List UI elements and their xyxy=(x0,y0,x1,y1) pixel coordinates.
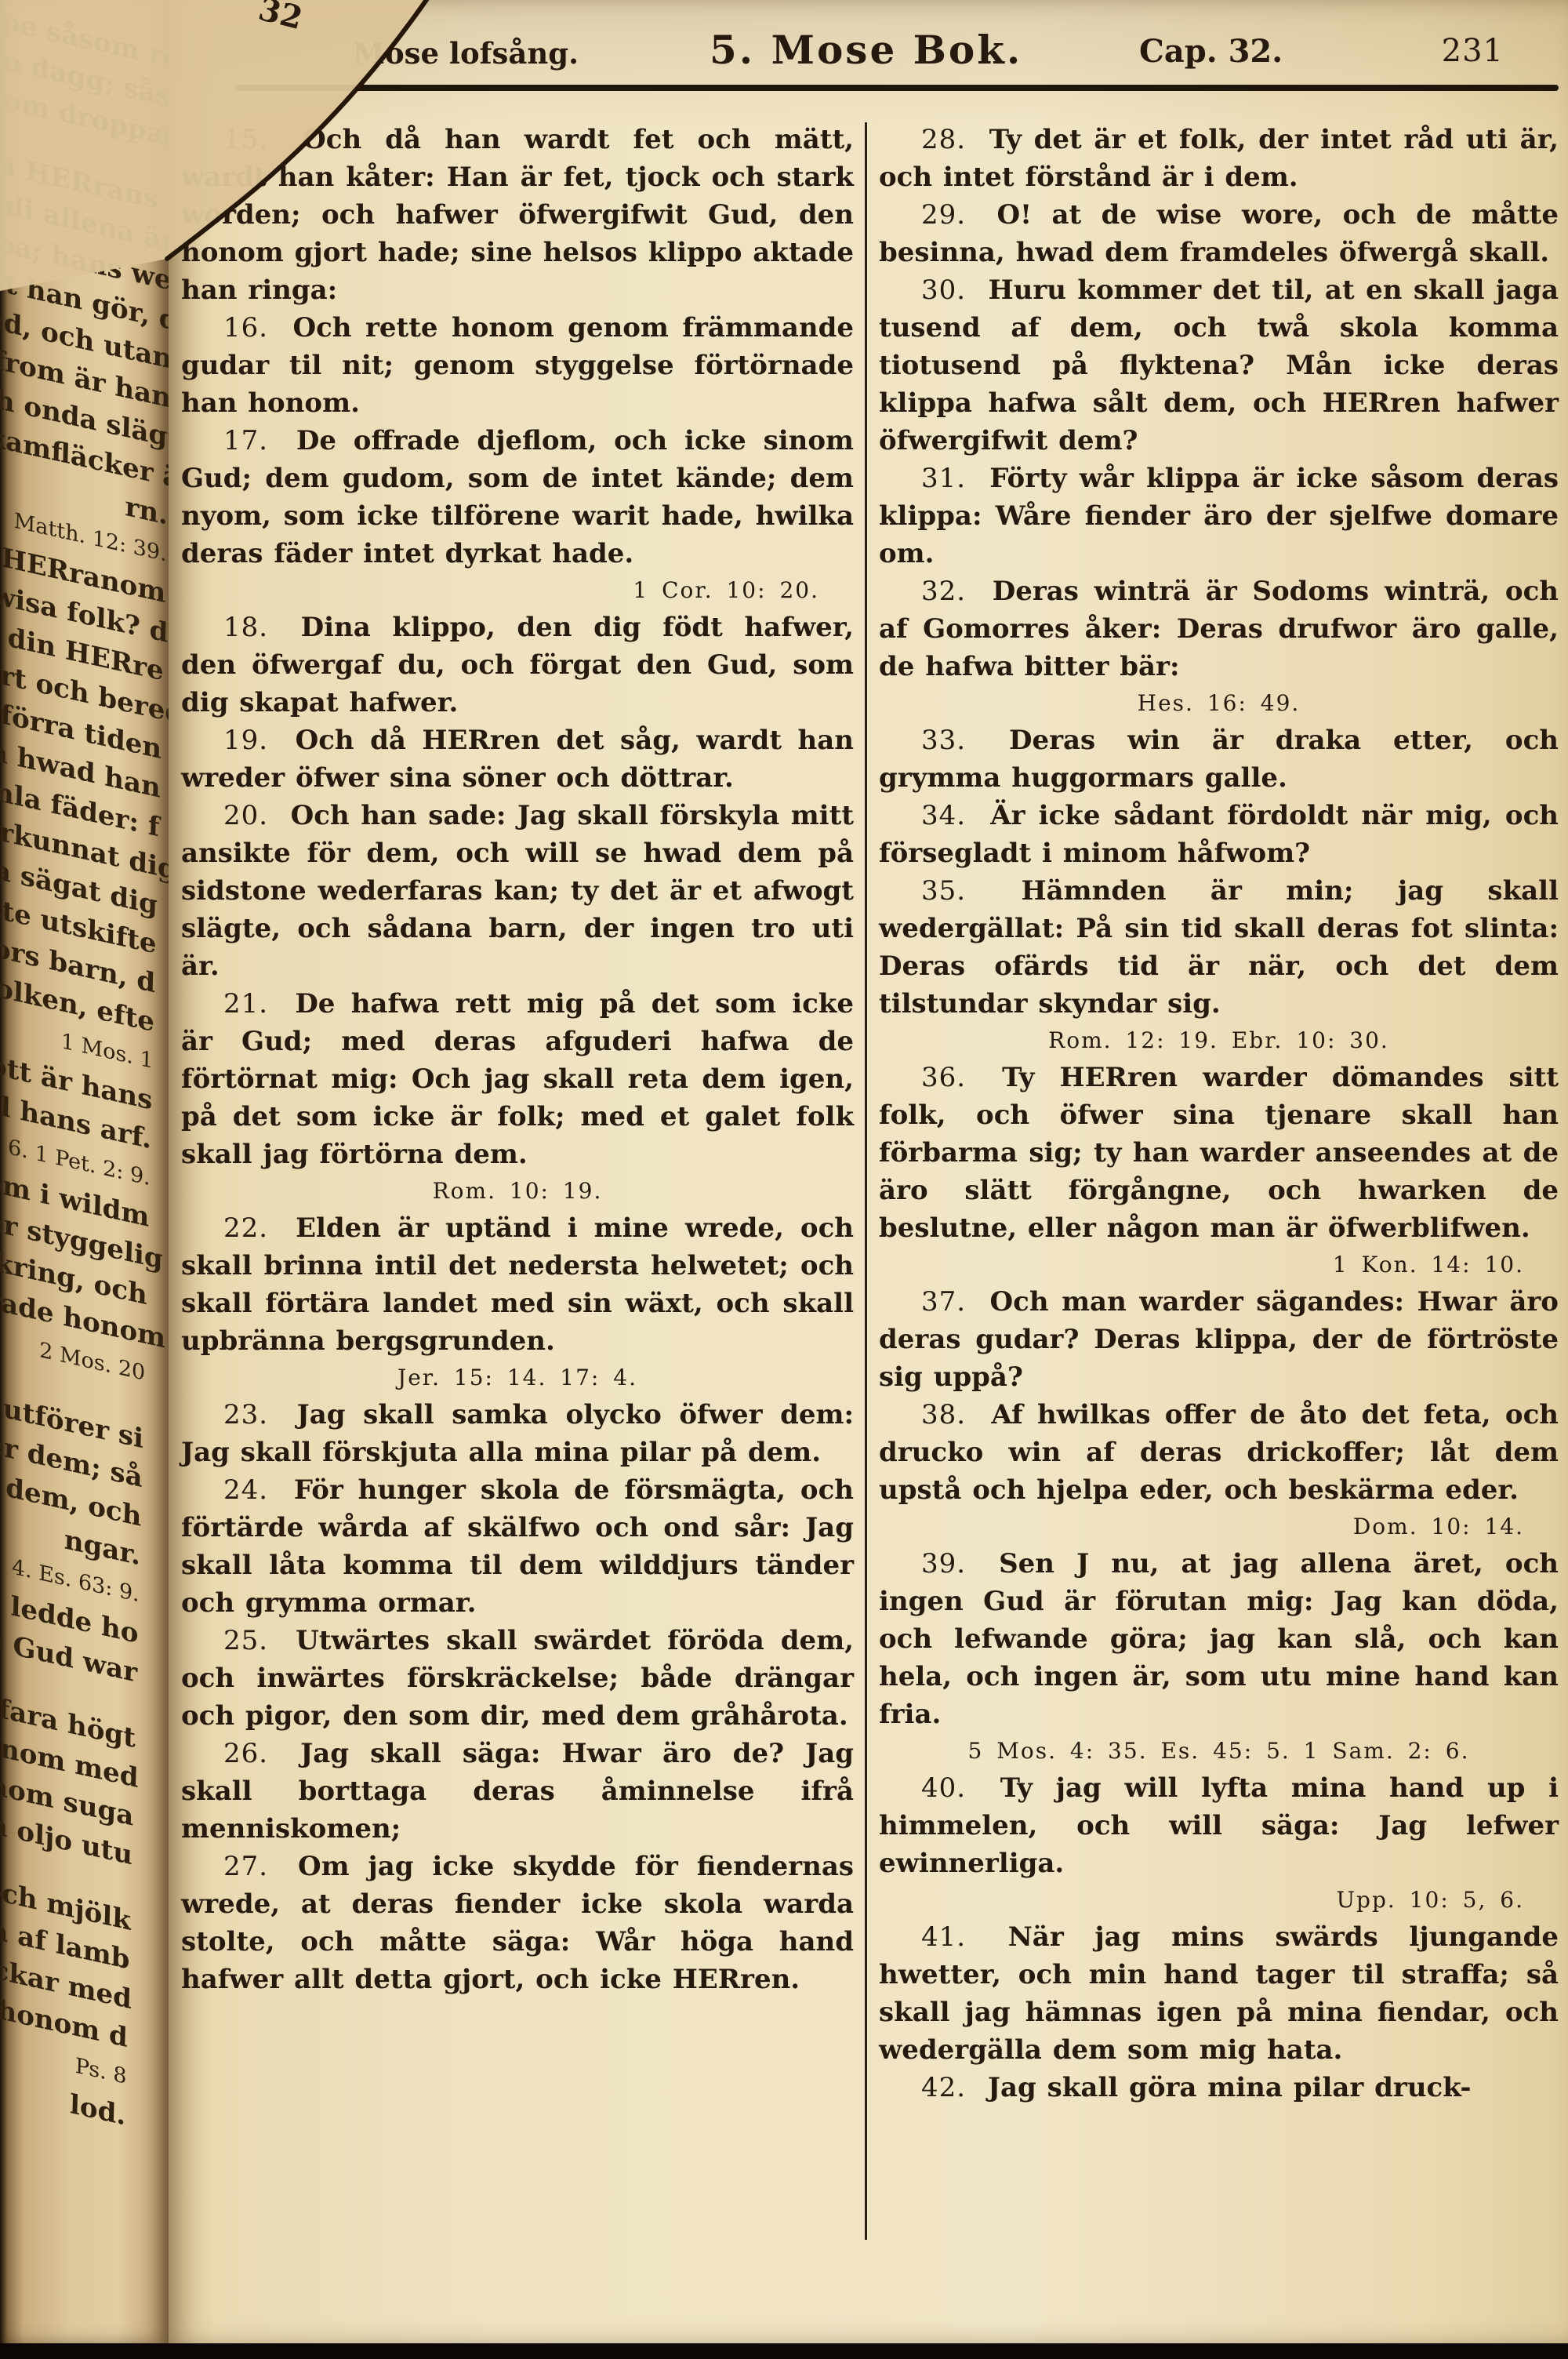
verse-number: 36. xyxy=(921,1062,977,1093)
verse: 18. Dina klippo, den dig födt hafwer, de… xyxy=(181,609,854,722)
verse-number: 26. xyxy=(223,1738,279,1769)
verse: 39. Sen J nu, at jag allena äret, och in… xyxy=(879,1545,1559,1733)
verse: 27. Om jag icke skydde för fiendernas wr… xyxy=(181,1848,854,1998)
verse: 26. Jag skall säga: Hwar äro de? Jag ska… xyxy=(181,1735,854,1848)
verse-number: 35. xyxy=(921,875,977,907)
verse-number: 33. xyxy=(921,725,977,756)
verse: 32. Deras winträ är Sodoms winträ, och a… xyxy=(879,572,1559,685)
verse: 16. Och rette honom genom främmande guda… xyxy=(181,309,854,422)
verse: 29. O! at de wise wore, och de måtte bes… xyxy=(879,196,1559,271)
page-number: 231 xyxy=(1442,33,1504,69)
previous-page-edge: drype såsom reåsom dagg; såsomsåsom drop… xyxy=(0,0,169,2343)
scripture-reference: 1 Cor. 10: 20. xyxy=(181,572,854,609)
verse: 36. Ty HERren warder dömandes sitt folk,… xyxy=(879,1059,1559,1247)
scripture-reference: 5 Mos. 4: 35. Es. 45: 5. 1 Sam. 2: 6. xyxy=(879,1733,1559,1769)
verse: 17. De offrade djeflom, och icke sinom G… xyxy=(181,422,854,572)
verse: 20. Och han sade: Jag skall förskyla mit… xyxy=(181,797,854,985)
verse-number: 39. xyxy=(921,1548,977,1579)
verse: 24. För hunger skola de försmägta, och f… xyxy=(181,1471,854,1622)
verse: 31. Förty wår klippa är icke såsom deras… xyxy=(879,460,1559,572)
verse-number: 29. xyxy=(921,199,977,231)
verse: 33. Deras win är draka etter, och grymma… xyxy=(879,722,1559,797)
text-columns: 15. Och då han wardt fet och mätt, wardt… xyxy=(169,93,1568,2240)
verse: 23. Jag skall samka olycko öfwer dem: Ja… xyxy=(181,1396,854,1471)
verse-number: 28. xyxy=(921,124,977,155)
verse: 40. Ty jag will lyfta mina hand up i him… xyxy=(879,1769,1559,1882)
verse: 28. Ty det är et folk, der intet råd uti… xyxy=(879,121,1559,196)
verse: 19. Och då HERren det såg, wardt han wre… xyxy=(181,722,854,797)
verse-number: 25. xyxy=(223,1625,279,1656)
verse-number: 19. xyxy=(223,725,279,756)
verse-number: 27. xyxy=(223,1851,279,1882)
column-left: 15. Och då han wardt fet och mätt, wardt… xyxy=(181,121,854,1998)
verse: 25. Utwärtes skall swärdet föröda dem, o… xyxy=(181,1622,854,1735)
book-page: Mose lofsång. 5. Mose Bok. Cap. 32. 231 … xyxy=(169,0,1568,2343)
verse-number: 20. xyxy=(223,800,279,831)
verse: 21. De hafwa rett mig på det som icke är… xyxy=(181,985,854,1173)
previous-page-text: drype såsom reåsom dagg; såsomsåsom drop… xyxy=(0,0,169,2136)
verse-number: 22. xyxy=(223,1212,279,1244)
verse: 22. Elden är uptänd i mine wrede, och sk… xyxy=(181,1209,854,1360)
verse: 41. När jag mins swärds ljungande hwette… xyxy=(879,1918,1559,2069)
verse: 38. Af hwilkas offer de åto det feta, oc… xyxy=(879,1396,1559,1509)
verse-number: 18. xyxy=(223,612,279,643)
scripture-reference: Rom. 10: 19. xyxy=(181,1173,854,1209)
verse: 34. Är icke sådant fördoldt när mig, och… xyxy=(879,797,1559,872)
verse: 35. Hämnden är min; jag skall wedergälla… xyxy=(879,872,1559,1023)
verse: 37. Och man warder sägandes: Hwar äro de… xyxy=(879,1283,1559,1396)
verse-number: 17. xyxy=(223,425,279,456)
scripture-reference: Dom. 10: 14. xyxy=(879,1509,1559,1545)
verse-number: 32. xyxy=(921,576,977,607)
verse: 30. Huru kommer det til, at en skall jag… xyxy=(879,271,1559,460)
verse-number: 38. xyxy=(921,1399,977,1430)
book-title: 5. Mose Bok. xyxy=(710,27,1022,73)
verse-number: 31. xyxy=(921,463,977,494)
scripture-reference: Hes. 16: 49. xyxy=(879,685,1559,722)
chapter-label: Cap. 32. xyxy=(1139,33,1283,70)
scripture-reference: Rom. 12: 19. Ebr. 10: 30. xyxy=(879,1023,1559,1059)
verse-number: 34. xyxy=(921,800,977,831)
column-right: 28. Ty det är et folk, der intet råd uti… xyxy=(879,121,1559,2106)
scripture-reference: 1 Kon. 14: 10. xyxy=(879,1247,1559,1283)
verse-number: 23. xyxy=(223,1399,279,1430)
verse-number: 41. xyxy=(921,1921,977,1953)
photo-bottom-edge xyxy=(0,2343,1568,2359)
verse-number: 24. xyxy=(223,1474,279,1506)
verse-number: 30. xyxy=(921,274,977,306)
scripture-reference: Jer. 15: 14. 17: 4. xyxy=(181,1360,854,1396)
verse-number: 40. xyxy=(921,1772,977,1804)
verse-number: 21. xyxy=(223,988,279,1020)
column-divider xyxy=(865,122,867,2240)
verse: 42. Jag skall göra mina pilar druck- xyxy=(879,2069,1559,2106)
verse-number: 37. xyxy=(921,1286,977,1318)
scripture-reference: Upp. 10: 5, 6. xyxy=(879,1882,1559,1918)
verse-number: 16. xyxy=(223,312,279,343)
verse-number: 42. xyxy=(921,2072,977,2103)
page-curl-edge xyxy=(0,0,455,298)
